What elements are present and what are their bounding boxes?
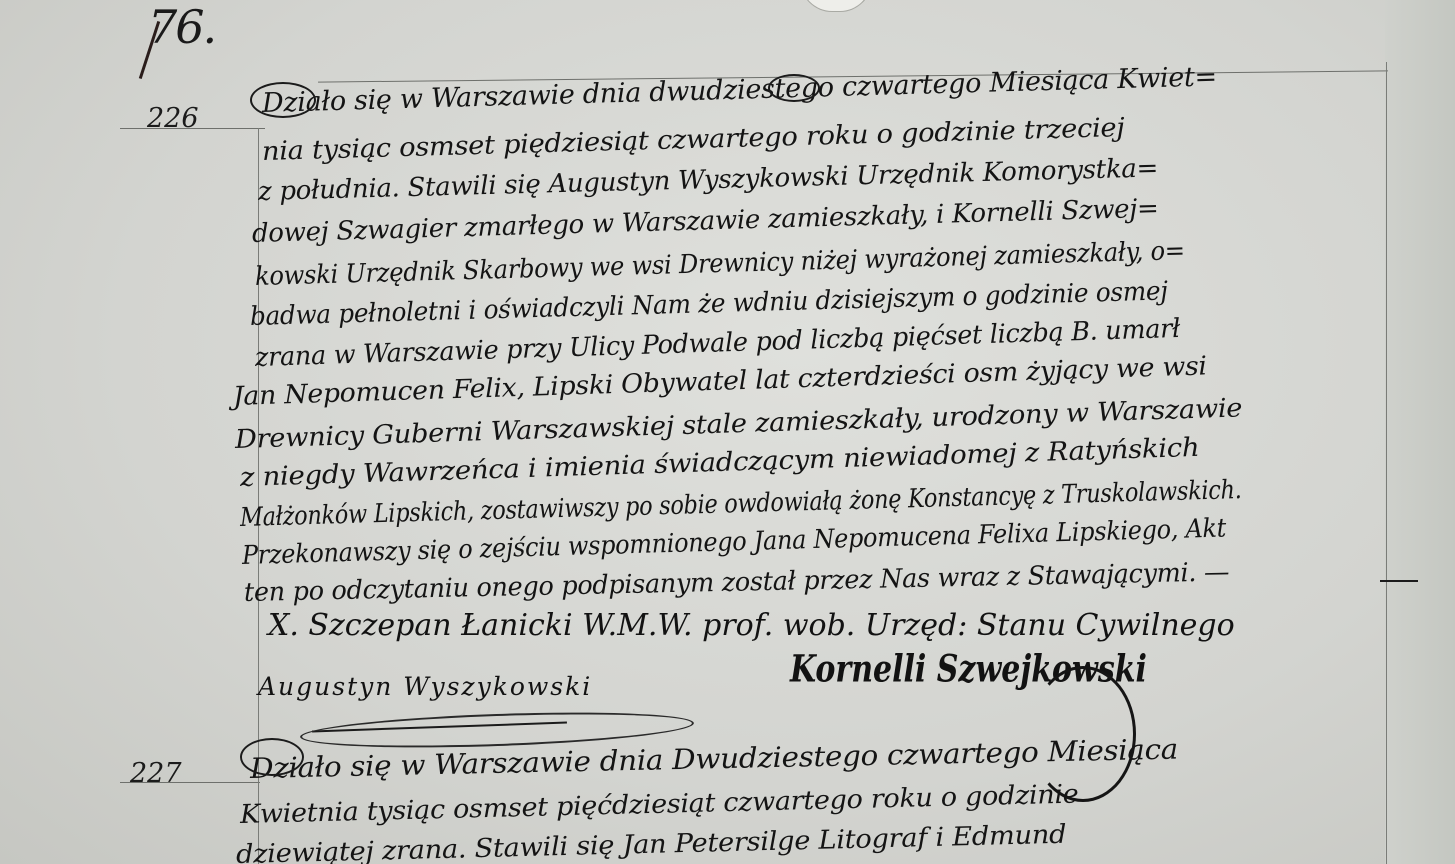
entry-number: 226 xyxy=(147,103,199,134)
entry-226-line-1: Działo się w Warszawie dnia dwudziestego… xyxy=(262,61,1218,119)
right-margin-rule xyxy=(1386,62,1387,864)
capital-d-flourish xyxy=(768,74,820,102)
paper-stain xyxy=(800,0,872,12)
page-edge xyxy=(1385,0,1455,864)
capital-d-flourish xyxy=(240,738,304,776)
official-signature: X. Szczepan Łanicki W.M.W. prof. wob. Ur… xyxy=(268,608,1235,643)
register-page: 76. 226 Działo się w Warszawie dnia dwud… xyxy=(0,0,1455,864)
entry-number: 227 xyxy=(130,758,182,789)
witness-signature-augustyn: Augustyn Wyszykowski xyxy=(258,672,592,701)
capital-d-flourish xyxy=(250,82,316,118)
end-dash xyxy=(1380,580,1418,582)
folio-number: 76. xyxy=(148,0,215,54)
